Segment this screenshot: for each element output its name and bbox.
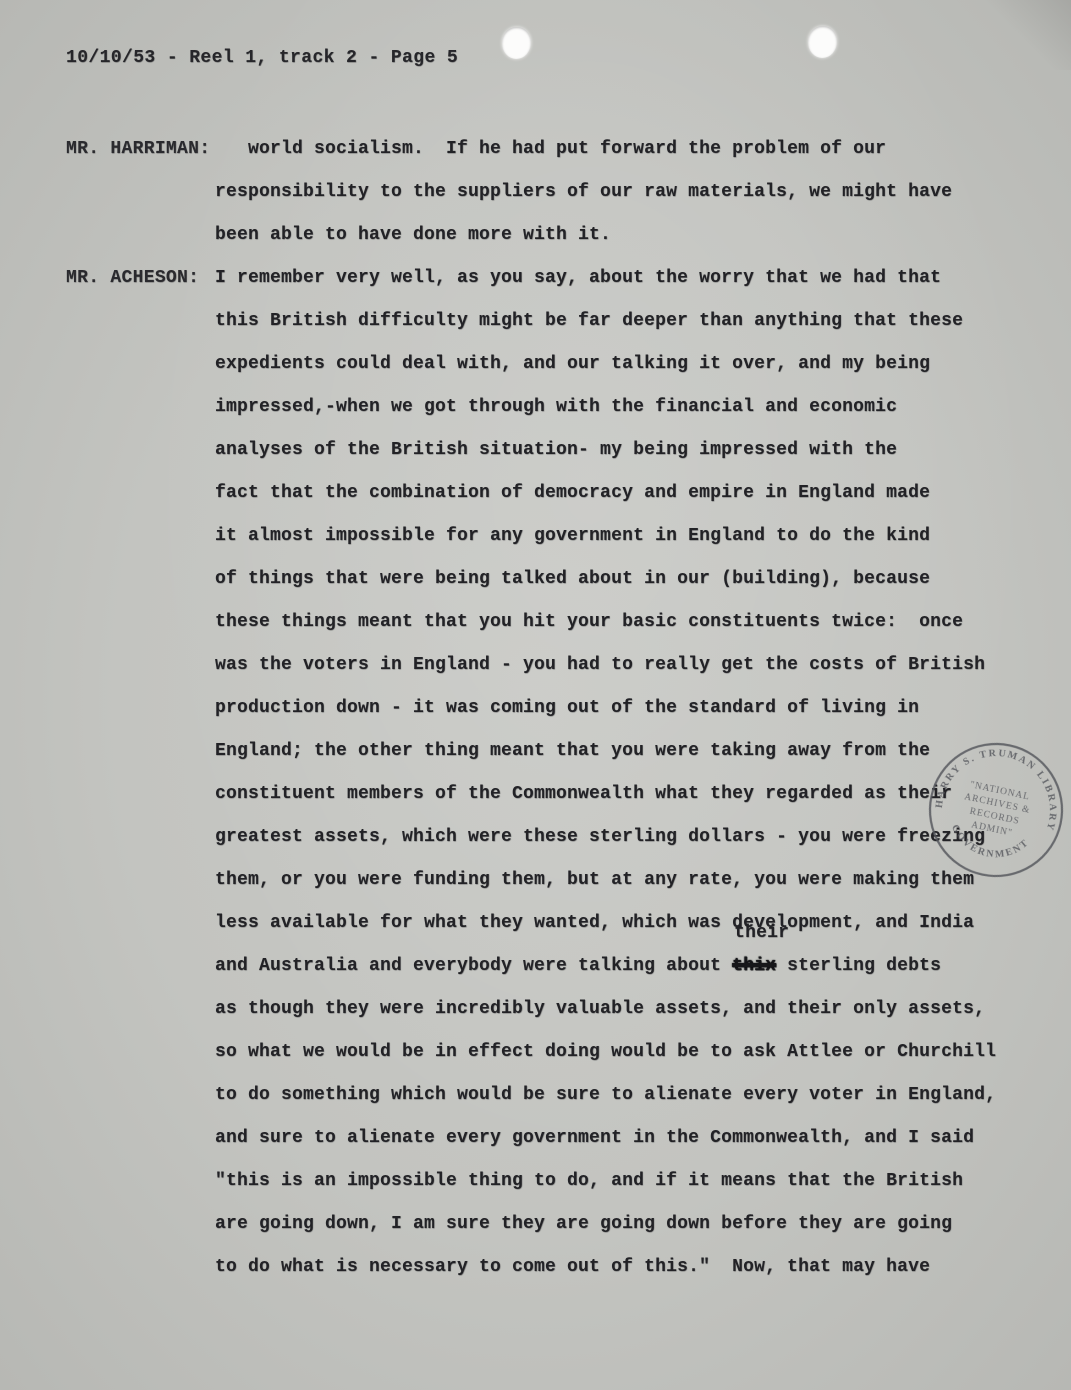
transcript-line: responsibility to the suppliers of our r… — [215, 171, 1071, 214]
punch-hole-left — [502, 27, 531, 59]
archive-stamp: HARRY S. TRUMAN LIBRARY GOVERNMENT "NATI… — [907, 721, 1071, 899]
transcript-line: as though they were incredibly valuable … — [215, 988, 1071, 1031]
transcript-line: world socialism. If he had put forward t… — [215, 128, 1071, 171]
transcript-line: and sure to alienate every government in… — [215, 1117, 1071, 1160]
transcript-line: to do what is necessary to come out of t… — [215, 1246, 1071, 1289]
transcript-line: to do something which would be sure to a… — [215, 1074, 1071, 1117]
transcript-line: been able to have done more with it. — [215, 214, 1071, 257]
scanned-document-page: 10/10/53 - Reel 1, track 2 - Page 5 MR. … — [0, 0, 1071, 1390]
struck-word-wrap: thixtheir — [732, 945, 776, 988]
transcript-line: these things meant that you hit your bas… — [215, 601, 1071, 644]
struck-out-word: thix — [732, 956, 776, 976]
transcript-body: MR. HARRIMAN: world socialism. If he had… — [0, 128, 1071, 1289]
line-text: and Australia and everybody were talking… — [215, 956, 732, 976]
speaker-label: MR. HARRIMAN: — [66, 128, 210, 171]
transcript-line: less available for what they wanted, whi… — [215, 902, 1071, 945]
page-corner-shadow — [981, 0, 1071, 70]
transcript-line: I remember very well, as you say, about … — [215, 257, 1071, 300]
transcript-line: was the voters in England - you had to r… — [215, 644, 1071, 687]
transcript-line: so what we would be in effect doing woul… — [215, 1031, 1071, 1074]
transcript-line: of things that were being talked about i… — [215, 558, 1071, 601]
line-text: sterling debts — [776, 956, 941, 976]
transcript-line: impressed,-when we got through with the … — [215, 386, 1071, 429]
punch-hole-right — [808, 26, 837, 58]
transcript-line: fact that the combination of democracy a… — [215, 472, 1071, 515]
page-header: 10/10/53 - Reel 1, track 2 - Page 5 — [66, 48, 458, 68]
paragraph: MR. ACHESON:I remember very well, as you… — [0, 257, 1071, 1289]
inserted-correction-word: their — [734, 922, 789, 944]
transcript-line: it almost impossible for any government … — [215, 515, 1071, 558]
transcript-line: and Australia and everybody were talking… — [215, 945, 1071, 988]
speaker-label: MR. ACHESON: — [66, 257, 199, 300]
transcript-line: expedients could deal with, and our talk… — [215, 343, 1071, 386]
stamp-center-text: "NATIONALARCHIVES &RECORDSADMIN" — [958, 780, 1034, 842]
transcript-line: are going down, I am sure they are going… — [215, 1203, 1071, 1246]
transcript-line: "this is an impossible thing to do, and … — [215, 1160, 1071, 1203]
transcript-line: analyses of the British situation- my be… — [215, 429, 1071, 472]
transcript-line: this British difficulty might be far dee… — [215, 300, 1071, 343]
archive-stamp-graphic: HARRY S. TRUMAN LIBRARY GOVERNMENT "NATI… — [907, 721, 1071, 899]
paragraph: MR. HARRIMAN: world socialism. If he had… — [0, 128, 1071, 257]
